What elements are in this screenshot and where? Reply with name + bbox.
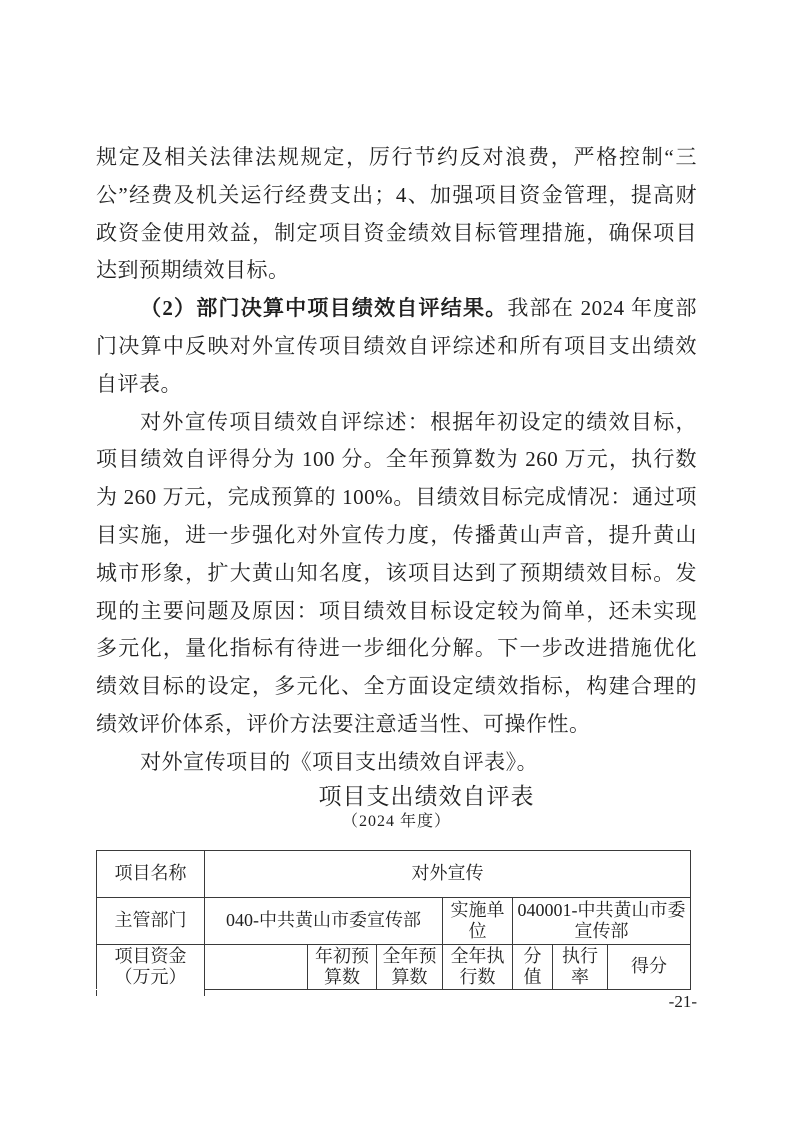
paragraph-eval-summary: 对外宣传项目绩效自评综述：根据年初设定的绩效目标，项目绩效自评得分为 100 分… [96,404,697,744]
cell-implement-unit-label: 实施单位 [443,897,513,944]
table-subtitle: （2024 年度） [96,812,697,832]
cell-supervisor-dept-value: 040-中共黄山市委宣传部 [205,897,443,944]
cell-project-name-label: 项目名称 [97,850,205,897]
project-self-eval-table: 项目名称 对外宣传 主管部门 040-中共黄山市委宣传部 实施单位 040001… [96,850,691,990]
paragraph-self-eval-result: （2）部门决算中项目绩效自评结果。我部在 2024 年度部门决算中反映对外宣传项… [96,290,697,403]
document-page: 规定及相关法律法规规定，厉行节约反对浪费，严格控制“三公”经费及机关运行经费支出… [0,0,793,1122]
document-content: 规定及相关法律法规规定，厉行节约反对浪费，严格控制“三公”经费及机关运行经费支出… [96,139,697,996]
page-number: -21- [0,992,697,1012]
cell-project-name-value: 对外宣传 [205,850,691,897]
cell-initial-budget-header: 年初预算数 [308,944,377,989]
table-title: 项目支出绩效自评表 [126,782,727,812]
table-row-project-funds-header: 项目资金 （万元） 年初预算数 全年预算数 全年执行数 分值 执行率 得分 [97,944,691,989]
cell-project-funds-label: 项目资金 （万元） [97,944,205,989]
paragraph-budget-control: 规定及相关法律法规规定，厉行节约反对浪费，严格控制“三公”经费及机关运行经费支出… [96,139,697,290]
cell-implement-unit-value: 040001-中共黄山市委宣传部 [513,897,691,944]
paragraph-table-intro: 对外宣传项目的《项目支出绩效自评表》。 [96,744,697,782]
cell-supervisor-dept-label: 主管部门 [97,897,205,944]
cell-score-header: 得分 [608,944,691,989]
table-row-project-name: 项目名称 对外宣传 [97,850,691,897]
cell-annual-execution-header: 全年执行数 [443,944,513,989]
cell-execution-rate-header: 执行率 [553,944,608,989]
table-row-departments: 主管部门 040-中共黄山市委宣传部 实施单位 040001-中共黄山市委宣传部 [97,897,691,944]
cell-score-value-header: 分值 [513,944,553,989]
cell-funds-empty [205,944,308,989]
paragraph-self-eval-result-heading: （2）部门决算中项目绩效自评结果。 [140,296,507,320]
cell-annual-budget-header: 全年预算数 [377,944,443,989]
